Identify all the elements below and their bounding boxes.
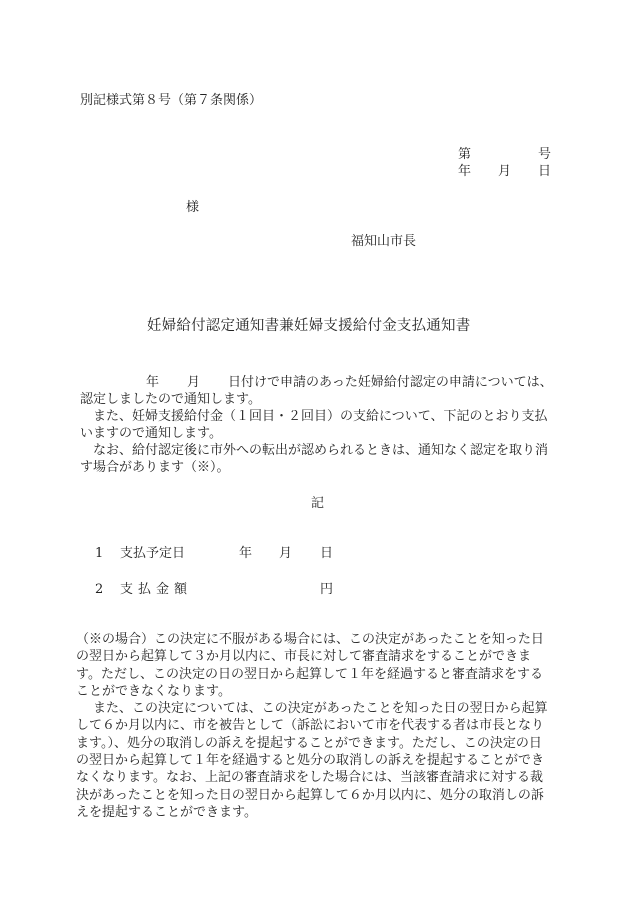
document-title: 妊婦給付認定通知書兼妊婦支援給付金支払通知書 (147, 318, 470, 334)
issue-date-day: 日 (538, 164, 551, 180)
item-1-label: 支払予定日 (120, 546, 185, 562)
issue-date-year: 年 (458, 164, 471, 180)
item-2-label: 支払金額 (120, 582, 192, 598)
payment-date-month: 月 (279, 546, 292, 562)
issue-date-month: 月 (498, 164, 511, 180)
payment-amount-unit: 円 (320, 582, 333, 598)
document-number-label: 第 (458, 147, 471, 163)
recipient-honorific: 様 (186, 200, 199, 216)
appeal-notice-paragraph-2: また、この決定については、この決定があったことを知った日の翌日から起算して６か月… (76, 700, 554, 821)
sender-name: 福知山市長 (351, 234, 416, 250)
appeal-notice-paragraph-1: （※の場合）この決定に不服がある場合には、この決定があったことを知った日の翌日か… (76, 631, 554, 700)
application-year: 年 (146, 375, 159, 390)
application-month: 月 (187, 375, 200, 390)
body-paragraph-2: また、妊婦支援給付金（１回目・２回目）の支給について、下記のとおり支払いますので… (80, 408, 554, 442)
payment-date-year: 年 (239, 546, 252, 562)
item-2-number: 2 (95, 582, 103, 598)
form-number: 別記様式第８号（第７条関係） (80, 93, 262, 109)
body-text: 年月日付けで申請のあった妊婦給付認定の申請については、認定しましたので通知します… (80, 374, 554, 476)
item-1-number: 1 (95, 546, 103, 562)
body-paragraph-1: 年月日付けで申請のあった妊婦給付認定の申請については、認定しましたので通知します… (80, 374, 554, 408)
payment-date-day: 日 (320, 546, 333, 562)
appeal-notice: （※の場合）この決定に不服がある場合には、この決定があったことを知った日の翌日か… (76, 631, 554, 821)
body-paragraph-3: なお、給付認定後に市外への転出が認められるときは、通知なく認定を取り消す場合があ… (80, 442, 554, 476)
record-heading: 記 (311, 496, 324, 512)
document-number-suffix: 号 (538, 147, 551, 163)
